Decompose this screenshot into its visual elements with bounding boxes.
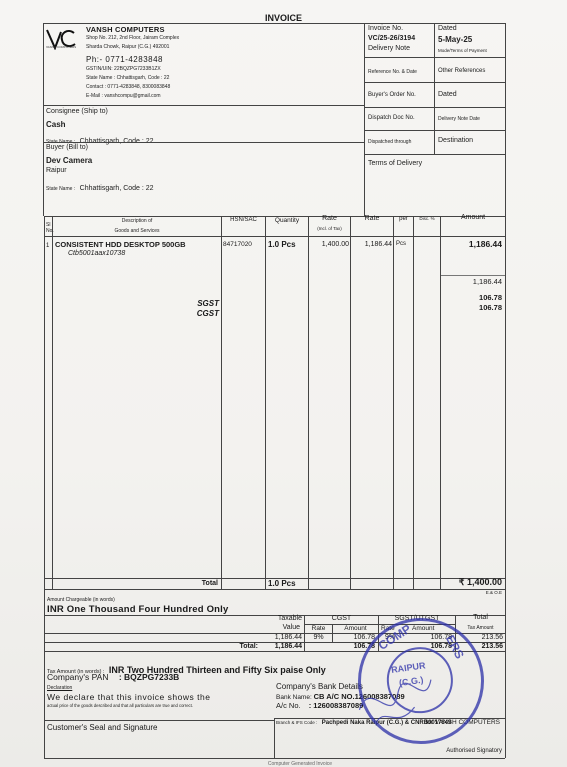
- dispatched-through-label: Dispatched through: [368, 139, 411, 145]
- meta-row-4: [364, 130, 505, 131]
- subtotal-rule: [441, 275, 505, 276]
- row-hsn: 84717020: [223, 241, 252, 248]
- buyers-order-label: Buyer's Order No.: [368, 92, 416, 98]
- row-amount: 1,186.44: [441, 239, 502, 249]
- hdr-description-1: Description of: [53, 218, 221, 224]
- total-quantity: 1.0 Pcs: [268, 579, 296, 588]
- hdr-rate: Rate: [351, 215, 393, 222]
- terms-delivery-label: Terms of Delivery: [368, 160, 422, 167]
- pan-value: : BQZPG7233B: [119, 672, 179, 682]
- hdr-hsn: HSN/SAC: [222, 217, 265, 223]
- col-qty: [308, 216, 309, 589]
- row-rate: 1,186.44: [351, 241, 392, 248]
- row-sl: 1: [46, 243, 49, 249]
- document-title: INVOICE: [0, 13, 567, 23]
- delivery-note-label: Delivery Note: [368, 45, 410, 52]
- row-description: CONSISTENT HDD DESKTOP 500GB: [55, 240, 186, 249]
- seller-contact: Contact : 0771-4283848, 8300083848: [86, 84, 170, 90]
- tax-amount-sgst: 106.78: [441, 293, 502, 302]
- buyer-state-value: Chhattisgarh, Code : 22: [80, 185, 154, 192]
- col-rate-incl: [350, 216, 351, 589]
- ts-cgst-rate: 9%: [305, 634, 332, 641]
- ts-hdr-cgst-amount: Amount: [333, 625, 378, 632]
- meta-row-2: [364, 82, 505, 83]
- frame-left: [44, 216, 45, 758]
- tax-amount-cgst: 106.78: [441, 303, 502, 312]
- meta-left-border: [364, 23, 365, 216]
- hdr-quantity: Quantity: [266, 217, 308, 224]
- frame-right: [505, 23, 506, 758]
- bank-ac-row: A/c No. : 126008387089: [276, 701, 363, 710]
- authorised-signatory: Authorised Signatory: [380, 748, 502, 754]
- other-ref-label: Other References: [438, 68, 485, 74]
- ts-total-taxable: 1,186.44: [250, 643, 302, 650]
- hdr-description-2: Goods and Services: [53, 228, 221, 234]
- sig-top-left: [44, 720, 274, 721]
- logo-subtext: VANSH COMPUTERS: [46, 45, 76, 49]
- declaration-label: Declaration: [47, 685, 72, 691]
- row-per: Pcs: [396, 241, 406, 247]
- col-desc: [221, 216, 222, 589]
- hdr-amount: Amount: [441, 214, 505, 221]
- invoice-no: VC/25-26/3194: [368, 35, 415, 42]
- seller-address-2: Sharda Chowk, Raipur (C.G.) 492001: [86, 44, 169, 50]
- col-per: [413, 216, 414, 589]
- meta-mid-border: [434, 23, 435, 154]
- subtotal-amount: 1,186.44: [441, 277, 502, 286]
- hdr-disc: Disc. %: [414, 216, 440, 221]
- row-rate-incl: 1,400.00: [309, 241, 349, 248]
- meta-row-3: [364, 107, 505, 108]
- pan: Company's PAN : BQZPG7233B: [47, 672, 179, 682]
- hdr-rate-incl-sub: (Incl. of Tax): [309, 226, 350, 231]
- amount-words-value: INR One Thousand Four Hundred Only: [47, 604, 229, 615]
- col-disc: [440, 216, 441, 589]
- frame-left-top: [43, 23, 44, 216]
- terms-payment-label: Mode/Terms of Payment: [438, 48, 487, 53]
- destination-label: Destination: [438, 137, 473, 144]
- bank-ac-label: A/c No.: [276, 701, 301, 710]
- invoice-page: INVOICE VANSH COMPUTERS VANSH COMPUTERS …: [0, 0, 567, 767]
- seller-address-1: Shop No. 212, 2nd Floor, Jairam Complex: [86, 35, 179, 41]
- declaration-line-2: actual price of the goods described and …: [47, 703, 193, 708]
- stamp-outer-text-2: ERS: [443, 633, 467, 661]
- col-hsn: [265, 216, 266, 589]
- hdr-sl: Sl No.: [46, 222, 52, 234]
- ts-cgst-amount: 106.78: [333, 634, 375, 641]
- buyer-name: Dev Camera: [46, 156, 92, 165]
- row-serial: Ctb5001aax10738: [68, 250, 125, 257]
- buyer-label: Buyer (Bill to): [46, 144, 88, 151]
- total-amount: ₹ 1,400.00: [441, 577, 502, 588]
- buyer-state-label: State Name :: [46, 186, 75, 192]
- ts-hdr-cgst: CGST: [305, 615, 378, 622]
- footer-note: Computer Generated Invoice: [200, 761, 400, 767]
- seller-name: VANSH COMPUTERS: [86, 25, 165, 34]
- seller-state: State Name : Chhattisgarh, Code : 22: [86, 75, 169, 81]
- seller-gstin: GSTIN/UIN: 22BQZPG7233B1ZX: [86, 66, 161, 72]
- ts-hdr-total-2: Tax Amount: [456, 625, 505, 631]
- reference-label: Reference No. & Date: [368, 69, 417, 75]
- divider-seller: [43, 105, 364, 106]
- table-total-bottom: [44, 589, 505, 590]
- sig-divider: [274, 718, 275, 758]
- seller-email: E-Mail : vanshcompu@gmail.com: [86, 93, 161, 99]
- buyer-city: Raipur: [46, 167, 67, 174]
- dated-label: Dated: [438, 25, 457, 32]
- meta-row-1: [364, 57, 505, 58]
- ts-hdr-total: Total: [456, 614, 505, 621]
- frame-bottom: [44, 758, 505, 759]
- divider-consignee: [43, 142, 364, 143]
- declaration-line-1: We declare that this invoice shows the: [47, 692, 210, 702]
- col-rate: [393, 216, 394, 589]
- consignee-label: Consignee (Ship to): [46, 108, 108, 115]
- hdr-per: per: [394, 216, 413, 222]
- dispatch-doc-label: Dispatch Doc No.: [368, 115, 415, 121]
- ts-taxable: 1,186.44: [250, 634, 302, 641]
- col-sl: [52, 216, 53, 589]
- dated2-label: Dated: [438, 91, 457, 98]
- ts-hdr-taxable: Taxable: [250, 615, 302, 622]
- buyer-state: State Name : Chhattisgarh, Code : 22: [46, 177, 154, 195]
- bank-name-label: Bank Name:: [276, 694, 312, 701]
- ts-hdr-taxable-2: Value: [250, 624, 300, 631]
- total-label: Total: [150, 580, 218, 587]
- pan-label: Company's PAN: [47, 672, 108, 682]
- row-quantity: 1.0 Pcs: [268, 240, 296, 249]
- tax-label-sgst: SGST: [150, 299, 219, 308]
- delivery-note-date-label: Delivery Note Date: [438, 116, 480, 122]
- invoice-no-label: Invoice No.: [368, 25, 403, 32]
- eoe: E.& O.E: [441, 590, 502, 595]
- table-header-bottom: [44, 236, 505, 237]
- tax-label-cgst: CGST: [150, 309, 219, 318]
- hdr-rate-incl: Rate: [309, 215, 350, 222]
- amount-words-label: Amount Chargeable (in words): [47, 597, 115, 603]
- meta-row-5: [364, 154, 505, 155]
- consignee-name: Cash: [46, 120, 66, 129]
- signature-scribble-icon: [349, 658, 448, 740]
- invoice-date: 5-May-25: [438, 35, 472, 44]
- ts-hdr-cgst-rate: Rate: [305, 625, 332, 632]
- bank-branch-label: Branch & IFS Code :: [276, 720, 317, 725]
- frame-top: [43, 23, 506, 24]
- customer-seal-label: Customer's Seal and Signature: [47, 723, 157, 732]
- seller-phone: Ph:- 0771-4283848: [86, 55, 163, 64]
